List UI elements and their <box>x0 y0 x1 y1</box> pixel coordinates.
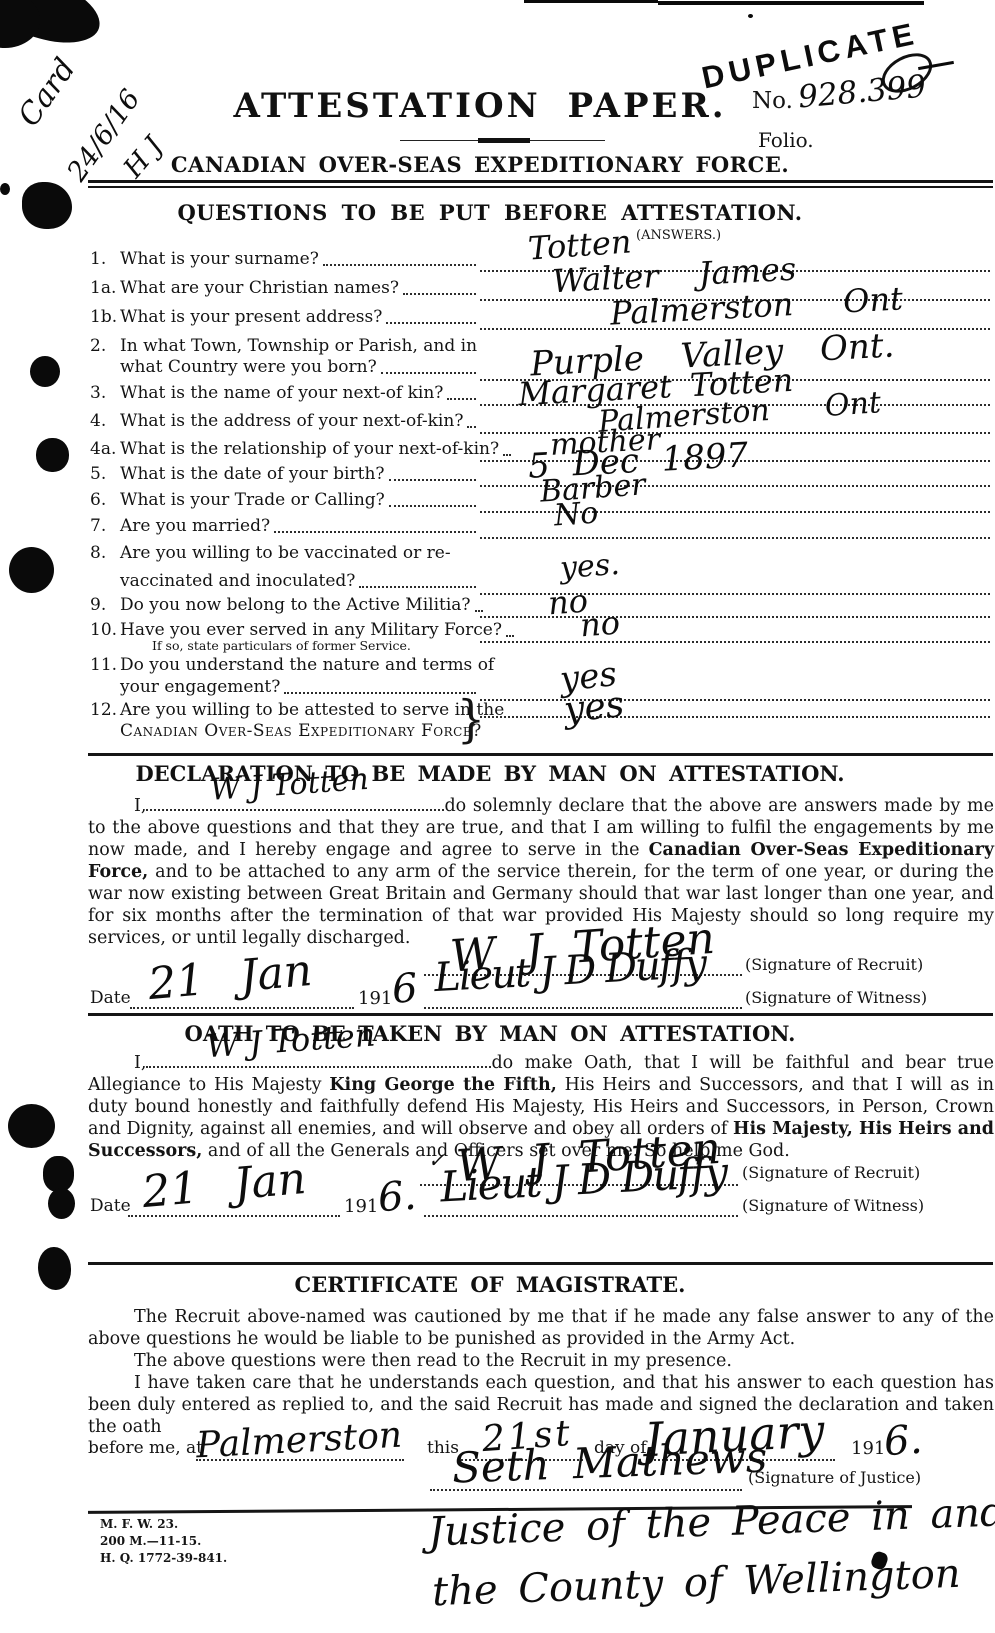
section-rule <box>88 1262 993 1265</box>
oath-heading: OATH TO BE TAKEN BY MAN ON ATTESTATION. <box>0 1021 980 1046</box>
question-text: Have you ever served in any Military For… <box>120 620 502 640</box>
question-number: 4a. <box>90 439 116 459</box>
title-divider-center <box>478 138 530 143</box>
question-number: 10. <box>90 620 117 640</box>
justice-signature: Seth Mathews <box>451 1433 768 1493</box>
handwritten-answer: No <box>553 495 600 533</box>
question-number: 9. <box>90 595 106 615</box>
dotted-leader <box>403 293 476 295</box>
year-printed: 191 <box>851 1438 885 1459</box>
dotted-leader <box>274 531 476 533</box>
question-row: 12. Are you willing to be attested to se… <box>0 700 995 748</box>
ink-blot <box>0 0 40 48</box>
question-text: Are you married? <box>120 516 270 536</box>
question-text-line1: In what Town, Township or Parish, and in <box>120 336 477 356</box>
declaration-name-blank: W J Totten <box>146 796 444 811</box>
question-number: 1b. <box>90 307 117 327</box>
signature-line <box>430 1488 742 1491</box>
question-text: What is the date of your birth? <box>120 464 385 484</box>
question-number: 2. <box>90 336 106 356</box>
question-number: 1. <box>90 249 106 269</box>
question-text-line1: Are you willing to be attested to serve … <box>120 700 504 720</box>
answers-column-label: (ANSWERS.) <box>636 228 721 243</box>
handwritten-answer: yes <box>562 684 626 731</box>
dotted-leader <box>475 610 483 612</box>
signature-of-witness-label: (Signature of Witness) <box>745 988 927 1007</box>
dotted-leader <box>389 505 476 507</box>
question-number: 8. <box>90 543 106 563</box>
question-row: 2. In what Town, Township or Parish, and… <box>0 336 995 386</box>
date-script: 21 Jan <box>140 1153 308 1218</box>
question-text-line2: Canadian Over-Seas Expeditionary Force? <box>120 721 482 741</box>
year-script: 6. <box>376 1173 417 1222</box>
question-text: What is your surname? <box>120 249 319 269</box>
question-number: 12. <box>90 700 117 720</box>
ink-blot <box>48 1188 75 1219</box>
question-number: 7. <box>90 516 106 536</box>
question-row: 11. Do you understand the nature and ter… <box>0 655 995 703</box>
answer-line <box>480 640 990 643</box>
dotted-leader <box>506 635 514 637</box>
form-code: 200 M.—11-15. <box>100 1533 227 1550</box>
scan-speck <box>748 14 753 18</box>
dotted-leader <box>503 454 511 456</box>
dotted-leader <box>359 586 476 588</box>
ink-blot <box>8 1104 55 1148</box>
page-title: ATTESTATION PAPER. <box>0 86 960 126</box>
questions-heading: QUESTIONS TO BE PUT BEFORE ATTESTATION. <box>0 200 980 225</box>
signature-line <box>424 1214 738 1217</box>
attestation-paper-scan: { "header": { "corner_note": {"word": "C… <box>0 0 995 1633</box>
signature-of-recruit-label: (Signature of Recruit) <box>745 955 923 974</box>
question-number: 11. <box>90 655 117 675</box>
dotted-leader <box>381 372 476 374</box>
question-text-line1: Do you understand the nature and terms o… <box>120 655 494 675</box>
dotted-leader <box>389 479 476 481</box>
date-label: Date <box>90 1196 131 1216</box>
section-rule <box>88 1013 993 1016</box>
signature-of-justice-label: (Signature of Justice) <box>748 1468 921 1487</box>
question-text-line1: Are you willing to be vaccinated or re- <box>120 543 451 563</box>
question-text: Do you now belong to the Active Militia? <box>120 595 471 615</box>
question-text-line2: what Country were you born? <box>120 357 377 377</box>
date-script: 21 Jan <box>146 945 314 1010</box>
date-label: Date <box>90 988 131 1008</box>
oath-name-blank: W J Totten <box>146 1053 491 1068</box>
year-script: 6 <box>390 965 419 1013</box>
question-brace: } <box>457 690 485 749</box>
question-row: 7. Are you married? No <box>0 516 995 546</box>
answer-line <box>480 715 990 718</box>
question-note: If so, state particulars of former Servi… <box>152 638 411 653</box>
question-row: 1. What is your surname? Totten <box>0 249 995 279</box>
year-script: 6. <box>882 1417 923 1466</box>
question-text-line2: vaccinated and inoculated? <box>120 571 355 591</box>
page-subtitle: CANADIAN OVER-SEAS EXPEDITIONARY FORCE. <box>0 152 960 177</box>
handwritten-answer: no <box>579 604 621 645</box>
answer-line <box>480 536 990 539</box>
question-text: What is your Trade or Calling? <box>120 490 385 510</box>
question-text: What is the address of your next-of-kin? <box>120 411 463 431</box>
question-text: What are your Christian names? <box>120 278 399 298</box>
before-me-label: before me, at <box>88 1438 203 1458</box>
header-rule <box>88 186 993 188</box>
certificate-paragraph-2: The above questions were then read to th… <box>88 1350 994 1372</box>
question-text: What is the relationship of your next-of… <box>120 439 499 459</box>
form-code: M. F. W. 23. <box>100 1516 227 1533</box>
declaration-heading: DECLARATION TO BE MADE BY MAN ON ATTESTA… <box>0 761 980 786</box>
certificate-paragraph-1: The Recruit above-named was cautioned by… <box>88 1306 994 1350</box>
ink-blot <box>43 1156 74 1192</box>
question-number: 3. <box>90 383 106 403</box>
question-text: What is the name of your next-of kin? <box>120 383 443 403</box>
question-number: 1a. <box>90 278 116 298</box>
declaration-lead: I, <box>134 796 146 816</box>
oath-text-bold: King George the Fifth, <box>329 1075 556 1095</box>
dotted-leader <box>447 398 476 400</box>
question-text-line2: your engagement? <box>120 677 280 697</box>
signature-of-recruit-label: (Signature of Recruit) <box>742 1163 920 1182</box>
dotted-leader <box>284 692 476 694</box>
justice-title-script-line2: the County of Wellington <box>431 1551 961 1615</box>
signature-of-witness-label: (Signature of Witness) <box>742 1196 924 1215</box>
scan-edge-mark <box>658 1 924 5</box>
question-text: What is your present address? <box>120 307 382 327</box>
question-row: 4. What is the address of your next-of-k… <box>0 411 995 441</box>
question-row: 10. Have you ever served in any Military… <box>0 620 995 658</box>
certificate-heading: CERTIFICATE OF MAGISTRATE. <box>0 1272 980 1297</box>
question-number: 4. <box>90 411 106 431</box>
handwritten-answer: yes. <box>559 547 621 586</box>
oath-lead: I, <box>134 1053 146 1073</box>
ink-blot <box>0 183 10 195</box>
answer-line <box>480 327 990 330</box>
year-printed: 191 <box>344 1196 378 1217</box>
question-row: 8. Are you willing to be vaccinated or r… <box>0 543 995 598</box>
section-rule <box>88 753 993 756</box>
justice-title-script-line1: Justice of the Peace in and for <box>427 1487 995 1556</box>
question-number: 6. <box>90 490 106 510</box>
form-codes: M. F. W. 23. 200 M.—11-15. H. Q. 1772-39… <box>100 1516 227 1567</box>
year-printed: 191 <box>358 988 392 1009</box>
question-number: 5. <box>90 464 106 484</box>
dotted-leader <box>323 264 476 266</box>
scan-edge-mark <box>524 0 658 3</box>
dotted-leader <box>386 322 476 324</box>
dotted-leader <box>467 426 476 428</box>
signature-line <box>424 1006 742 1009</box>
folio-label: Folio. <box>758 128 814 152</box>
header-rule <box>88 180 993 183</box>
form-code: H. Q. 1772-39-841. <box>100 1550 227 1567</box>
